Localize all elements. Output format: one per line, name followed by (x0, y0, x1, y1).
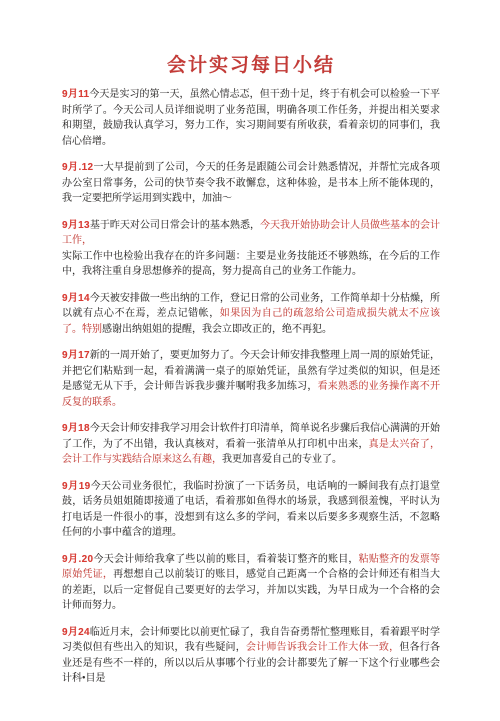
body-text: 实际工作中也检验出我存在的许多问题：主要是业务技能还不够熟练，在今后的工作中，我… (62, 251, 440, 278)
body-text: 我更加喜爱自己的专业了。 (222, 454, 342, 465)
diary-paragraph: 9月.20今天会计师给我拿了些以前的账目，看着装订整齐的账目，粘贴整齐的发票等原… (62, 552, 440, 614)
entry-date: 9月17 (62, 350, 90, 361)
entry-date: 9月11 (62, 89, 89, 100)
diary-paragraph: 9月.12一大早提前到了公司，今天的任务是跟随公司会计熟悉情况，并帮忙完成各项办… (62, 160, 440, 207)
entry-date: 9月13 (62, 220, 90, 231)
highlighted-text: 会计师告诉我会计工作大体一致， (246, 642, 399, 653)
document-body: 9月11今天是实习的第一天，虽然心情忐忑，但干劲十足，终于有机会可以检验一下平时… (62, 87, 440, 687)
document-title: 会计实习每日小结 (62, 50, 440, 77)
body-text: 今天会计师给我拿了些以前的账目，看着装订整齐的账目， (93, 554, 358, 565)
diary-paragraph: 9月11今天是实习的第一天，虽然心情忐忑，但干劲十足，终于有机会可以检验一下平时… (62, 87, 440, 149)
body-text: 再想想自己以前装订的账目，感觉自己距离一个合格的会计师还有相当大的差距，以后一定… (62, 569, 440, 611)
diary-paragraph: 9月18今天会计师安排我学习用会计软件打印清单，简单说名步骤后我信心满满的开始了… (62, 421, 440, 468)
entry-date: 9月24 (62, 627, 90, 638)
diary-paragraph: 9月14今天被安排做一些出纳的工作，登记日常的公司业务，工作简单却十分枯燥，所以… (62, 291, 440, 338)
diary-paragraph: 9月13基于昨天对公司日常会计的基本熟悉，今天我开始协助会计人员做些基本的会计工… (62, 218, 440, 280)
diary-paragraph: 9月24临近月末，会计师要比以前更忙碌了，我自告奋勇帮忙整理账目，看着跟平时学习… (62, 625, 440, 687)
body-text: 一大早提前到了公司，今天的任务是跟随公司会计熟悉情况，并帮忙完成各项办公室日常事… (62, 162, 440, 204)
entry-date: 9月.12 (62, 162, 93, 173)
diary-paragraph: 9月19今天公司业务很忙，我临时扮演了一下话务员，电话响的一瞬间我有点打退堂鼓，… (62, 479, 440, 541)
body-text: 基于昨天对公司日常会计的基本熟悉， (90, 220, 260, 231)
body-text: 感谢出纳姐姐的提醒，我会立即改正的，绝不再犯。 (102, 324, 332, 335)
diary-paragraph: 9月17新的一周开始了，要更加努力了。今天会计师安排我整理上周一周的原始凭证，并… (62, 348, 440, 410)
body-text: 今天是实习的第一天，虽然心情忐忑，但干劲十足，终于有机会可以检验一下平时所学了。… (62, 89, 440, 147)
document-page: 会计实习每日小结 9月11今天是实习的第一天，虽然心情忐忑，但干劲十足，终于有机… (0, 0, 500, 721)
entry-date: 9月14 (62, 293, 90, 304)
entry-date: 9月18 (62, 423, 90, 434)
entry-date: 9月19 (62, 481, 90, 492)
body-text: 今天公司业务很忙，我临时扮演了一下话务员，电话响的一瞬间我有点打退堂鼓，话务员姐… (62, 481, 440, 539)
entry-date: 9月.20 (62, 554, 93, 565)
